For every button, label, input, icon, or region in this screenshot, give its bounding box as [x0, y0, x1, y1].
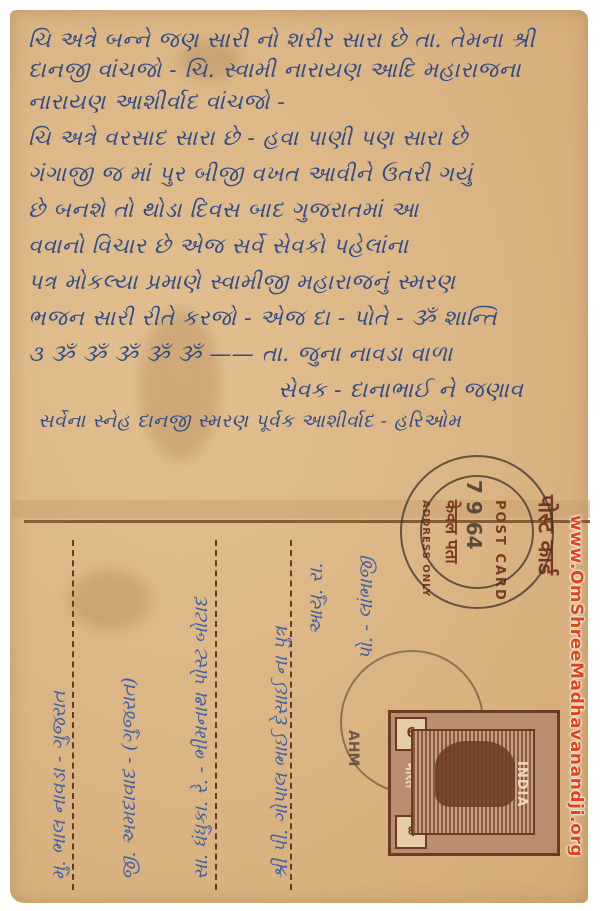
- stamp-inner: INDIA: [411, 729, 535, 835]
- website-watermark: www.OmShreeMadhavanandji.org: [566, 515, 586, 857]
- letter-line: સર્વેના સ્નેહ દાનજી સ્મરણ પૂર્વક આશીર્વા…: [38, 410, 461, 432]
- address-line: પો. - લાંભાજી: [355, 550, 383, 660]
- lion-capital-icon: [435, 741, 515, 807]
- address-line: સા. ધંધુકા. રે. - ભીમનાથ પોસ્ટ બોટાદ: [190, 540, 218, 880]
- postage-stamp: 6 भारत ६ INDIA: [388, 710, 560, 856]
- letter-line: છે બનશે તો થોડા દિવસ બાદ ગુજરાતમાં આ: [28, 198, 419, 223]
- address-line: શ્રી પી. ગોપાલ ભાઈ દેસાઈ ના પુત્ર: [270, 540, 298, 880]
- letter-line: ગંગાજી જ માં પુર બીજી વખત આવીને ઉતરી ગયુ…: [28, 162, 473, 187]
- stain: [140, 310, 220, 460]
- letter-line: ચિ અત્રે બન્ને જણ સારી નો શરીર સારા છે ત…: [28, 28, 535, 53]
- letter-line: સેવક - દાનાભાઈ ને જણાવ: [278, 378, 523, 403]
- address-line: જી. અમદાવાદ - (ગુજરાત): [118, 540, 146, 880]
- letter-line: દાનજી વાંચજો - ચિ. સ્વામી નારાયણ આદિ મહા…: [28, 58, 521, 83]
- postmark-place: AHM: [345, 730, 361, 766]
- postmark-date: 7 9 64: [462, 480, 486, 550]
- letter-line: વવાનો વિચાર છે એજ સર્વે સેવકો પહેલાંના: [28, 234, 409, 259]
- address-line: આયુ. રા.: [305, 545, 333, 635]
- address-line: મુ. ભાલ નાવડા - ગુજરાત: [48, 540, 76, 880]
- letter-line: નારાયણ આશીર્વાદ વાંચજો -: [28, 90, 285, 115]
- letter-line: ૩ ૐ ૐ ૐ ૐ ૐ —— તા. જુના નાવડા વાળા: [28, 342, 453, 367]
- letter-line: ચિ અત્રે વરસાદ સારા છે - હવા પાણી પણ સાર…: [28, 126, 468, 151]
- letter-line: પત્ર મોકલ્યા પ્રમાણે સ્વામીજી મહારાજનું …: [28, 270, 455, 295]
- letter-line: ભજન સારી રીતે કરજો - એજ દા - પોતે - ૐ શા…: [28, 306, 497, 331]
- stamp-country: INDIA: [514, 761, 529, 807]
